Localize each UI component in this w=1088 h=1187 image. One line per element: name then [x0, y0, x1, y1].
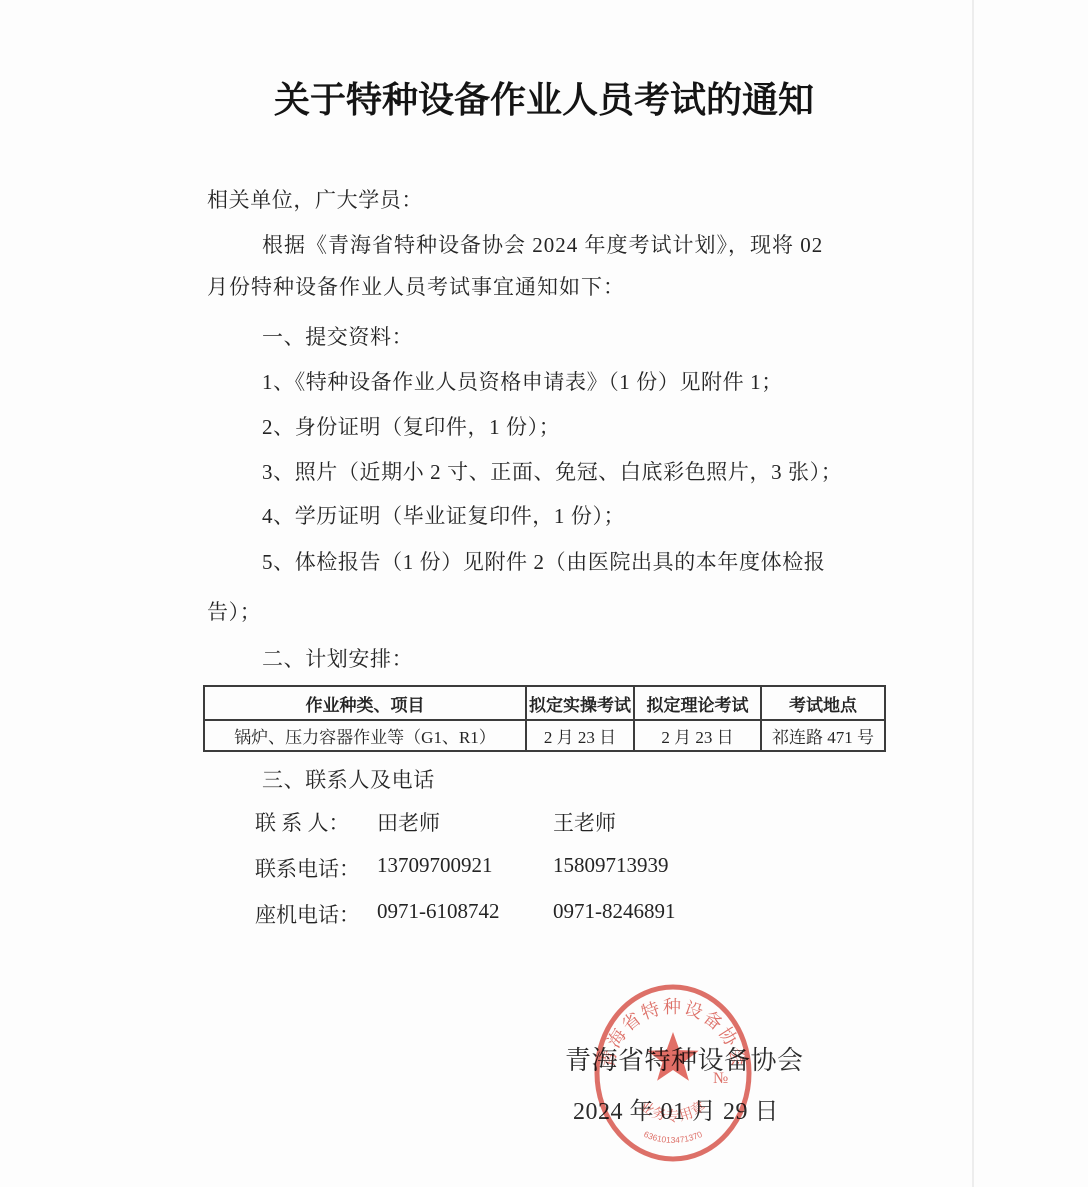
cell-theory-date: 2 月 23 日: [634, 720, 761, 751]
section1-item-4: 4、学历证明（毕业证复印件，1 份）；: [262, 500, 625, 530]
notice-document: 关于特种设备作业人员考试的通知 相关单位，广大学员： 根据《青海省特种设备协会 …: [0, 0, 1088, 1187]
contact-landline-row: 座机电话： 0971-6108742 0971-8246891: [255, 899, 360, 929]
intro-line-1: 根据《青海省特种设备协会 2024 年度考试计划》，现将 02: [262, 229, 823, 259]
cell-practical-date: 2 月 23 日: [526, 720, 634, 751]
svg-text:6361013471370: 6361013471370: [642, 1129, 704, 1145]
seal-bottom-text: 业务专用章: [636, 1097, 709, 1125]
col-header-theory: 拟定理论考试: [634, 686, 761, 720]
section1-item-5-line1: 5、体检报告（1 份）见附件 2（由医院出具的本年度体检报: [262, 546, 825, 576]
contact-mobile-2: 15809713939: [553, 853, 669, 878]
contact-landline-2: 0971-8246891: [553, 899, 676, 924]
section1-heading: 一、提交资料：: [262, 321, 413, 351]
scan-edge-line: [972, 0, 974, 1187]
document-title: 关于特种设备作业人员考试的通知: [0, 72, 1088, 123]
cell-job-type: 锅炉、压力容器作业等（G1、R1）: [204, 720, 526, 751]
cell-location: 祁连路 471 号: [761, 720, 885, 751]
section1-item-1: 1、《特种设备作业人员资格申请表》（1 份）见附件 1；: [262, 366, 783, 396]
seal-number-symbol: №: [713, 1070, 728, 1087]
section1-item-5-line2: 告）；: [207, 596, 261, 626]
seal-serial-number: 6361013471370: [642, 1129, 704, 1145]
exam-schedule-table: 作业种类、项目 拟定实操考试 拟定理论考试 考试地点 锅炉、压力容器作业等（G1…: [203, 685, 886, 752]
contact-person-1: 田老师: [377, 807, 440, 837]
contact-mobile-label: 联系电话：: [255, 857, 360, 881]
contact-mobile-1: 13709700921: [377, 853, 493, 878]
section2-heading: 二、计划安排：: [262, 643, 413, 673]
contact-landline-label: 座机电话：: [255, 903, 360, 927]
section1-item-3: 3、照片（近期小 2 寸、正面、免冠、白底彩色照片，3 张）；: [262, 456, 842, 486]
section1-item-2: 2、身份证明（复印件，1 份）；: [262, 411, 560, 441]
seal-star-icon: [647, 1032, 698, 1081]
col-header-job-type: 作业种类、项目: [204, 686, 526, 720]
contact-mobile-row: 联系电话： 13709700921 15809713939: [255, 853, 360, 883]
contact-landline-1: 0971-6108742: [377, 899, 500, 924]
contact-person-label: 联 系 人：: [255, 811, 350, 835]
official-seal: 青海省特种设备协会 业务专用章 6361013471370 №: [593, 983, 763, 1168]
table-header-row: 作业种类、项目 拟定实操考试 拟定理论考试 考试地点: [204, 686, 885, 720]
salutation-line: 相关单位，广大学员：: [207, 184, 423, 214]
contact-person-2: 王老师: [553, 807, 616, 837]
svg-text:业务专用章: 业务专用章: [636, 1097, 709, 1125]
table-row: 锅炉、压力容器作业等（G1、R1） 2 月 23 日 2 月 23 日 祁连路 …: [204, 720, 885, 751]
contact-person-row: 联 系 人： 田老师 王老师: [255, 807, 350, 837]
intro-line-2: 月份特种设备作业人员考试事宜通知如下：: [207, 271, 625, 301]
col-header-practical: 拟定实操考试: [526, 686, 634, 720]
section3-heading: 三、联系人及电话: [262, 764, 435, 794]
col-header-location: 考试地点: [761, 686, 885, 720]
